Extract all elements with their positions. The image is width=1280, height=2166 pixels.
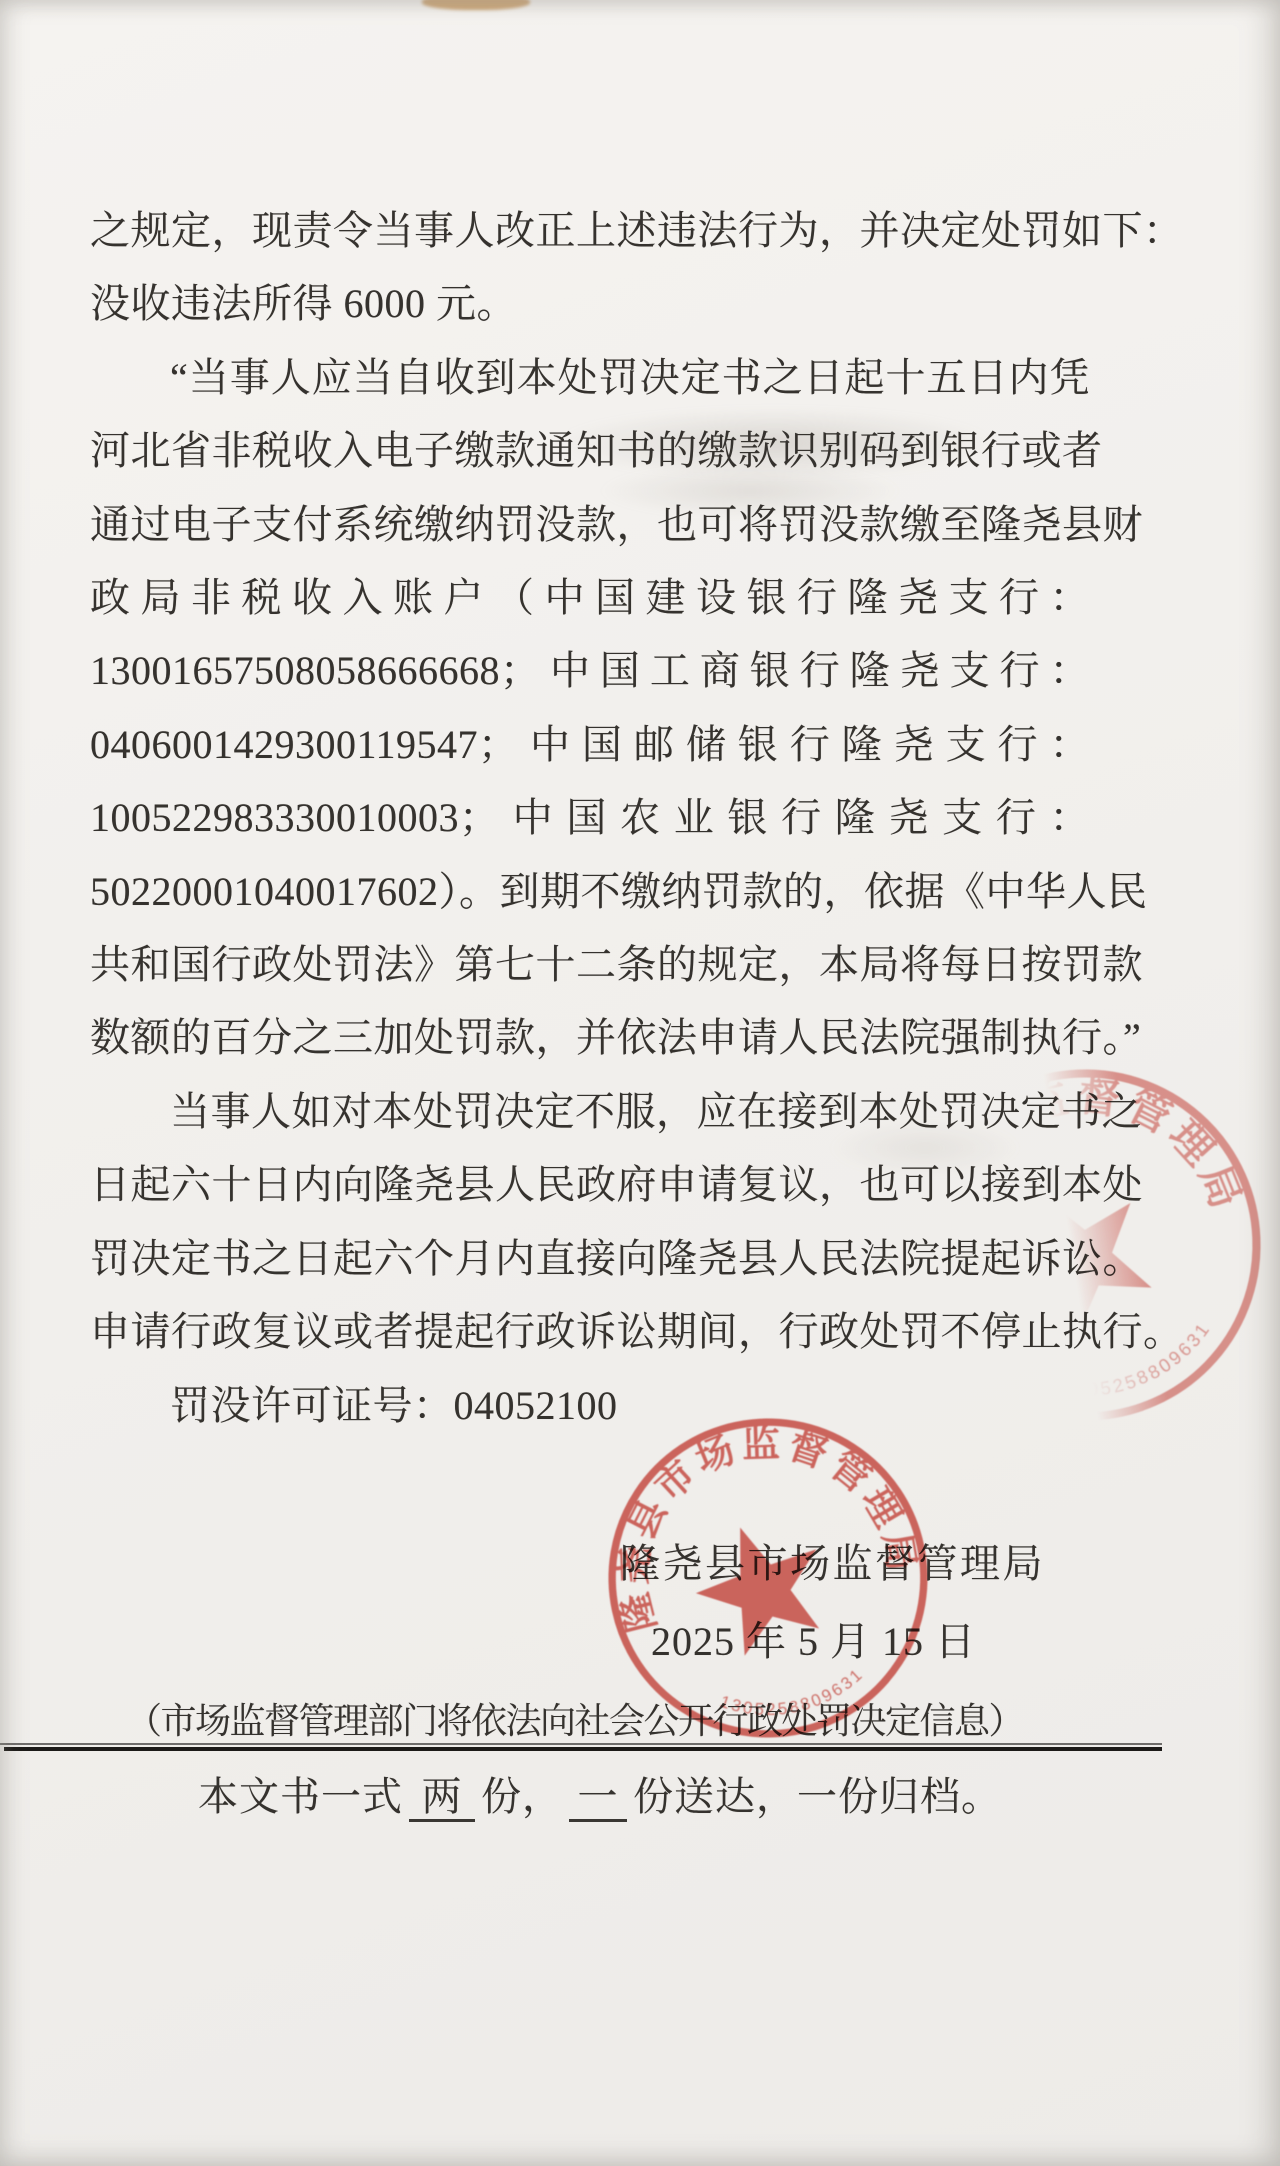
- body-line: 申请行政复议或者提起行政诉讼期间，行政处罚不停止执行。: [90, 1295, 1090, 1368]
- body-line: 通过电子支付系统缴纳罚没款，也可将罚没款缴至隆尧县财: [90, 488, 1090, 561]
- divider-line: [4, 1747, 1162, 1751]
- body-line: 日起六十日内向隆尧县人民政府申请复议，也可以接到本处: [90, 1148, 1090, 1221]
- body-line: 政局非税收入账户（中国建设银行隆尧支行：: [90, 561, 1090, 634]
- scan-artifact-top: [422, 0, 530, 10]
- body-line: 共和国行政处罚法》第七十二条的规定，本局将每日按罚款: [90, 928, 1090, 1001]
- copies-line: 本文书一式两份，一份送达，一份归档。: [198, 1765, 1002, 1822]
- document-body: 之规定，现责令当事人改正上述违法行为，并决定处罚如下：没收违法所得 6000 元…: [90, 194, 1090, 1442]
- issuing-agency-signature: 隆尧县市场监督管理局: [620, 1532, 1045, 1589]
- decision-date: 2025 年 5 月 15 日: [651, 1610, 976, 1667]
- copies-served-value: 一: [578, 1774, 619, 1819]
- body-line: 之规定，现责令当事人改正上述违法行为，并决定处罚如下：: [90, 194, 1090, 267]
- scanned-document-page: 之规定，现责令当事人改正上述违法行为，并决定处罚如下：没收违法所得 6000 元…: [0, 0, 1280, 2166]
- body-line: 河北省非税收入电子缴款通知书的缴款识别码到银行或者: [90, 414, 1090, 487]
- body-line: 100522983330010003；中国农业银行隆尧支行：: [90, 781, 1090, 854]
- body-line: 0406001429300119547；中国邮储银行隆尧支行：: [90, 708, 1090, 781]
- body-line: 13001657508058666668；中国工商银行隆尧支行：: [90, 634, 1090, 707]
- body-line: 罚决定书之日起六个月内直接向隆尧县人民法院提起诉讼。: [90, 1222, 1090, 1295]
- copies-mid: 份，: [481, 1774, 563, 1819]
- body-line: 50220001040017602）。到期不缴纳罚款的，依据《中华人民: [90, 855, 1090, 928]
- body-line: 没收违法所得 6000 元。: [90, 267, 1090, 340]
- copies-prefix: 本文书一式: [198, 1774, 403, 1819]
- copies-blank-count: 两: [409, 1775, 475, 1822]
- divider-line-echo: [0, 1743, 1162, 1745]
- body-line: 罚没许可证号：04052100: [90, 1369, 1090, 1442]
- copies-blank-served: 一: [569, 1775, 627, 1822]
- disclosure-note: （市场监督管理部门将依法向社会公开行政处罚决定信息）: [126, 1693, 1023, 1744]
- body-line: “当事人应当自收到本处罚决定书之日起十五日内凭: [90, 341, 1090, 414]
- copies-suffix: 份送达，一份归档。: [633, 1774, 1002, 1819]
- body-line: 当事人如对本处罚决定不服，应在接到本处罚决定书之: [90, 1075, 1090, 1148]
- copies-count-value: 两: [422, 1774, 463, 1819]
- body-line: 数额的百分之三加处罚款，并依法申请人民法院强制执行。”: [90, 1001, 1090, 1074]
